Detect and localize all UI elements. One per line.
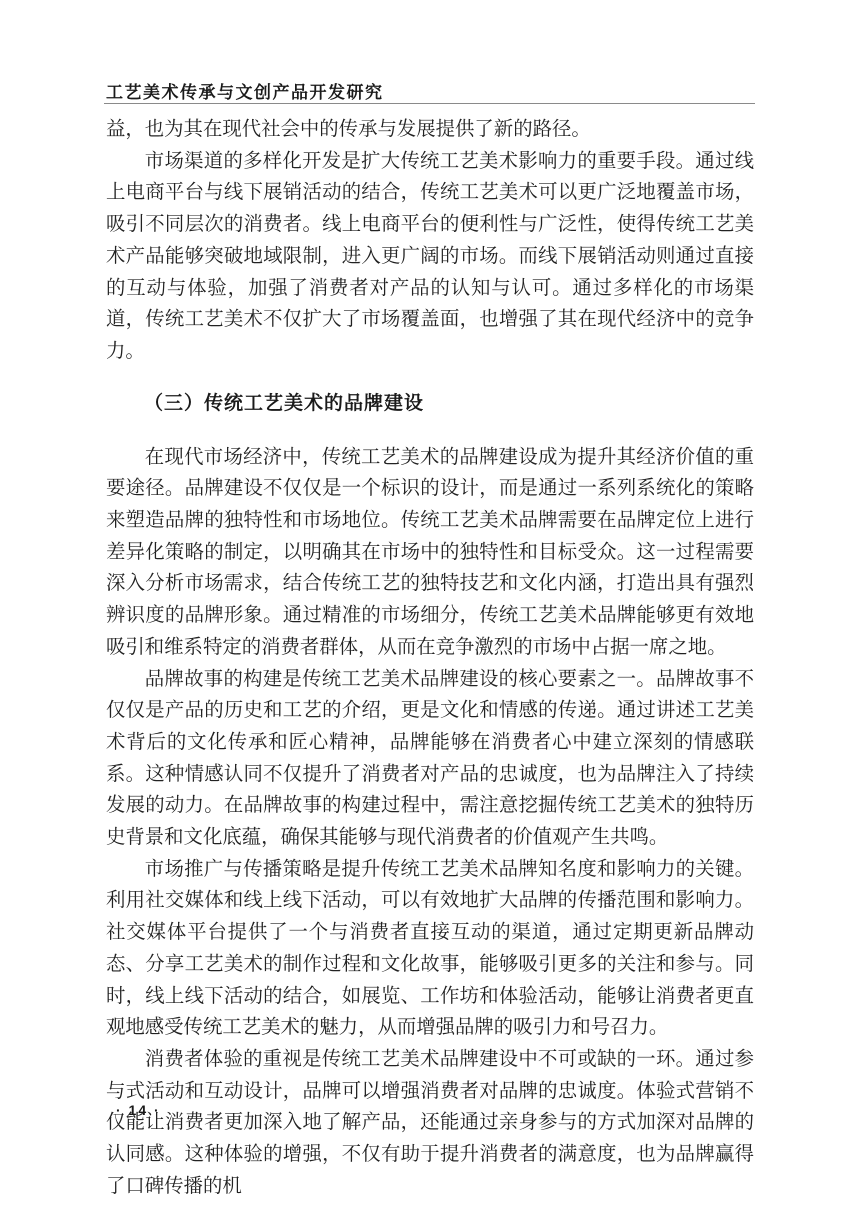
paragraph-brand-building: 在现代市场经济中，传统工艺美术的品牌建设成为提升其经济价值的重要途径。品牌建设不… [106, 441, 754, 663]
paragraph-market-channels: 市场渠道的多样化开发是扩大传统工艺美术影响力的重要手段。通过线上电商平台与线下展… [106, 145, 754, 367]
book-page: 工艺美术传承与文创产品开发研究 益，也为其在现代社会中的传承与发展提供了新的路径… [0, 0, 860, 1208]
paragraph-consumer-experience: 消费者体验的重视是传统工艺美术品牌建设中不可或缺的一环。通过参与式活动和互动设计… [106, 1043, 754, 1202]
paragraph-continued: 益，也为其在现代社会中的传承与发展提供了新的路径。 [106, 113, 754, 145]
running-head: 工艺美术传承与文创产品开发研究 [106, 78, 384, 103]
body-text: 益，也为其在现代社会中的传承与发展提供了新的路径。 市场渠道的多样化开发是扩大传… [106, 113, 754, 1202]
section-heading: （三）传统工艺美术的品牌建设 [106, 388, 754, 418]
paragraph-promotion: 市场推广与传播策略是提升传统工艺美术品牌知名度和影响力的关键。利用社交媒体和线上… [106, 853, 754, 1043]
page-number: · 14 · [116, 1102, 161, 1118]
header-rule [104, 103, 755, 104]
paragraph-brand-story: 品牌故事的构建是传统工艺美术品牌建设的核心要素之一。品牌故事不仅仅是产品的历史和… [106, 663, 754, 853]
